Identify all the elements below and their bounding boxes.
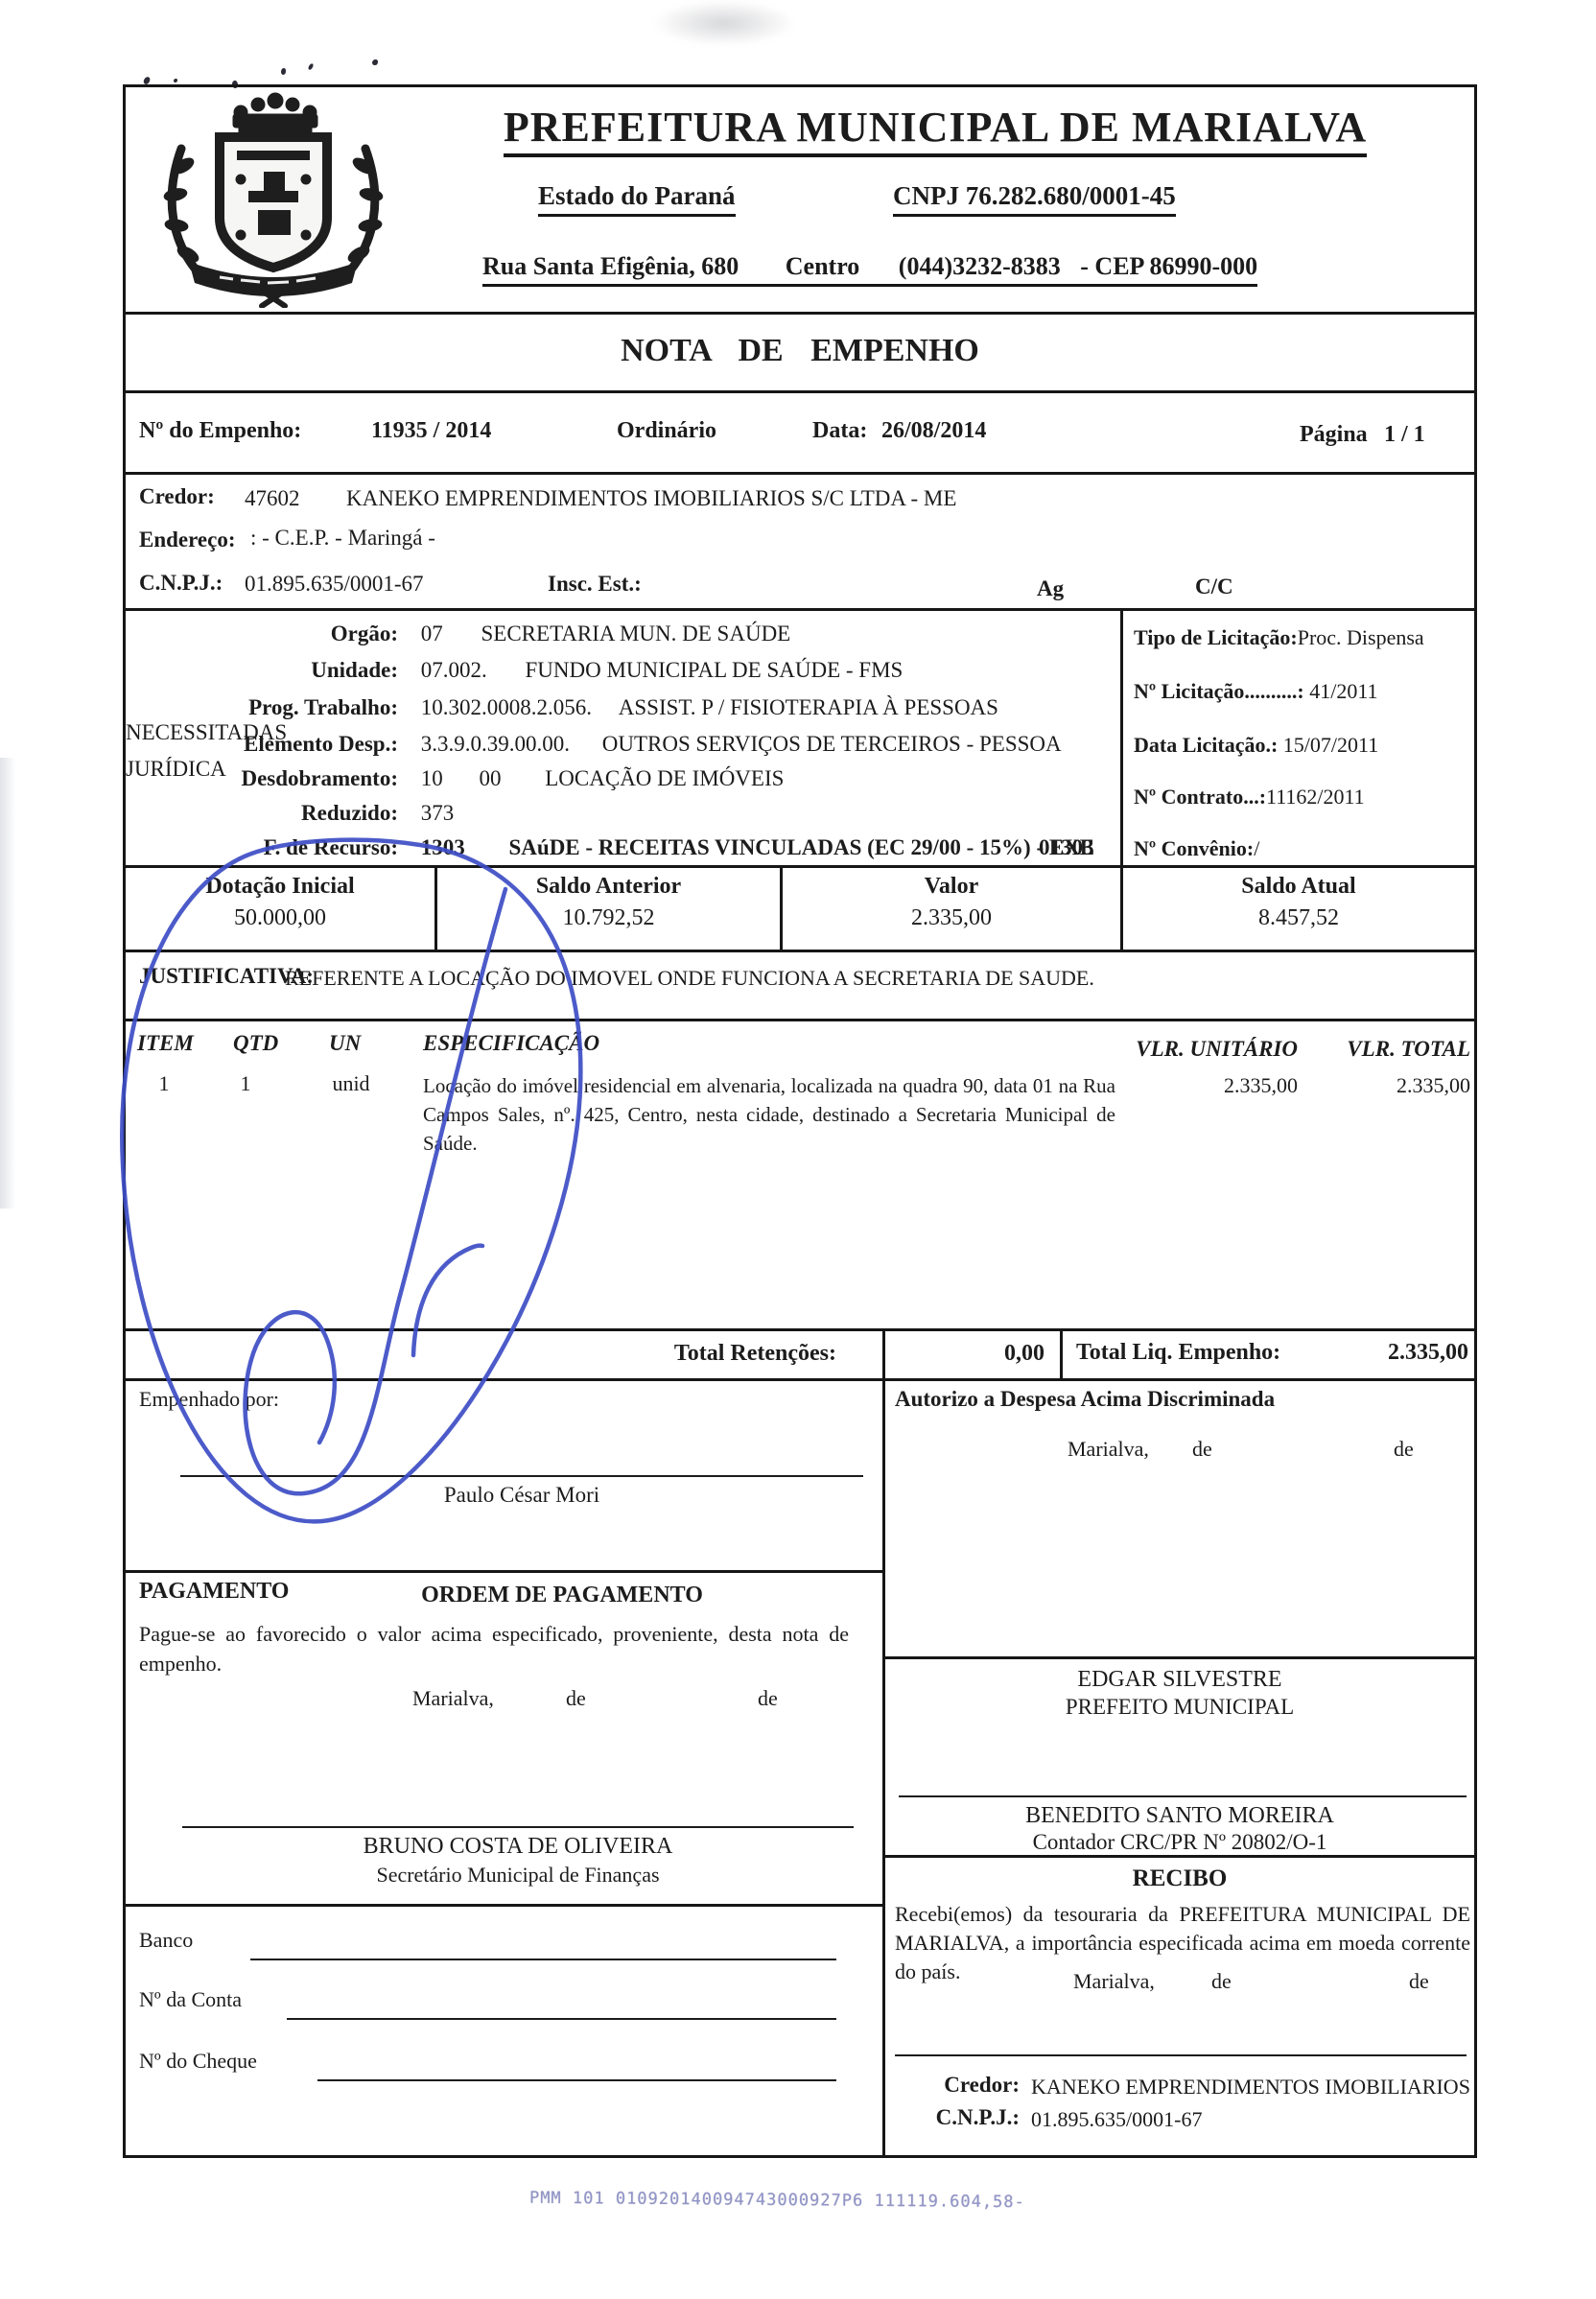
agreement-number-label: Nº Convênio: bbox=[1134, 836, 1254, 860]
row-label: Prog. Trabalho: bbox=[126, 695, 398, 720]
doc-title: NOTA DE EMPENHO bbox=[126, 315, 1474, 387]
bidding-type-row: Tipo de Licitação:Proc. Dispensa bbox=[1134, 625, 1424, 650]
creditor-block: Credor: 47602 KANEKO EMPRENDIMENTOS IMOB… bbox=[123, 472, 1477, 611]
ink-speck bbox=[174, 79, 177, 82]
payment-box: PAGAMENTO ORDEM DE PAGAMENTO Pague-se ao… bbox=[126, 1570, 882, 1904]
row-label: F. de Recurso: bbox=[126, 835, 398, 860]
bank-box: Banco Nº da Conta Nº do Cheque bbox=[126, 1904, 882, 2155]
empenho-number-label: Nº do Empenho: bbox=[139, 418, 301, 444]
scan-edge-shadow bbox=[0, 758, 15, 1208]
letterhead-box: PREFEITURA MUNICIPAL DE MARIALVA Estado … bbox=[123, 84, 1477, 315]
allocation-header: Saldo Anterior bbox=[437, 874, 780, 900]
row-code: 1303 bbox=[421, 835, 465, 859]
crown-icon bbox=[233, 93, 317, 135]
allocation-header: Saldo Atual bbox=[1123, 874, 1474, 900]
allocation-cell: Saldo Atual 8.457,52 bbox=[1123, 874, 1474, 931]
creditor-cnpj: 01.895.635/0001-67 bbox=[245, 572, 424, 597]
col-header-un: UN bbox=[329, 1031, 361, 1056]
divider bbox=[1120, 611, 1123, 865]
col-header-qtd: QTD bbox=[233, 1031, 278, 1056]
row-desc: FUNDO MUNICIPAL DE SAÚDE - FMS bbox=[526, 658, 904, 682]
accountant-role: Contador CRC/PR Nº 20802/O-1 bbox=[885, 1830, 1474, 1855]
coat-of-arms-logo bbox=[145, 91, 402, 308]
bank-label: Banco bbox=[139, 1928, 193, 1953]
scanned-nota-de-empenho: PREFEITURA MUNICIPAL DE MARIALVA Estado … bbox=[0, 0, 1596, 2299]
payment-title: PAGAMENTO bbox=[139, 1579, 289, 1605]
account-blank-line bbox=[287, 2018, 836, 2020]
receipt-text: Recebi(emos) da tesouraria da PREFEITURA… bbox=[895, 1900, 1470, 1986]
payment-city: Marialva, bbox=[412, 1686, 494, 1711]
authorization-box: Autorizo a Despesa Acima Discriminada Ma… bbox=[885, 1381, 1474, 1656]
empenho-type: Ordinário bbox=[617, 418, 716, 444]
empenho-number-row: Nº do Empenho: 11935 / 2014 Ordinário Da… bbox=[123, 390, 1477, 475]
col-header-unitario: VLR. UNITÁRIO bbox=[1106, 1037, 1298, 1062]
row-extra-code: 01303 bbox=[1039, 835, 1094, 860]
lower-section: Total Retenções: 0,00 Total Liq. Empenho… bbox=[123, 1328, 1477, 2158]
committed-by-name: Paulo César Mori bbox=[180, 1483, 863, 1508]
net-total-value: 2.335,00 bbox=[1315, 1340, 1468, 1366]
allocation-cell: Dotação Inicial 50.000,00 bbox=[126, 874, 434, 931]
contract-number-label: Nº Contrato...: bbox=[1134, 785, 1266, 809]
state-registration-label: Insc. Est.: bbox=[548, 572, 642, 597]
col-header-total: VLR. TOTAL bbox=[1317, 1037, 1470, 1062]
justification-text: REFERENTE A LOCAÇÃO DO IMOVEL ONDE FUNCI… bbox=[285, 966, 1094, 991]
retentions-value: 0,00 bbox=[885, 1331, 1063, 1378]
budget-row-recurso: F. de Recurso: 1303 SAúDE - RECEITAS VIN… bbox=[126, 835, 1114, 860]
signature-line bbox=[180, 1475, 863, 1477]
creditor-name: KANEKO EMPRENDIMENTOS IMOBILIARIOS S/C L… bbox=[346, 486, 956, 511]
finance-secretary-role: Secretário Municipal de Finanças bbox=[182, 1863, 854, 1888]
agency-label: Ag bbox=[1037, 576, 1064, 601]
accountant-name: BENEDITO SANTO MOREIRA bbox=[885, 1803, 1474, 1829]
contract-number-row: Nº Contrato...:11162/2011 bbox=[1134, 785, 1365, 809]
cnpj-header: CNPJ 76.282.680/0001-45 bbox=[893, 181, 1176, 217]
ink-speck bbox=[281, 68, 286, 75]
bidding-number-label: Nº Licitação..........: bbox=[1134, 679, 1304, 703]
committed-by-box: Empenhado por: Paulo César Mori bbox=[126, 1381, 882, 1570]
item-unit-price: 2.335,00 bbox=[1135, 1073, 1298, 1098]
justification-row: JUSTIFICATIVA: REFERENTE A LOCAÇÃO DO IM… bbox=[123, 950, 1477, 1021]
signature-line bbox=[899, 1795, 1467, 1797]
authorization-title: Autorizo a Despesa Acima Discriminada bbox=[895, 1387, 1275, 1412]
district: Centro bbox=[786, 252, 860, 280]
empenho-date-label: Data: bbox=[812, 418, 867, 444]
ink-speck bbox=[308, 62, 315, 70]
receipt-box: RECIBO Recebi(emos) da tesouraria da PRE… bbox=[885, 1855, 1474, 2155]
mayor-role: PREFEITO MUNICIPAL bbox=[885, 1695, 1474, 1720]
item-total-price: 2.335,00 bbox=[1326, 1073, 1470, 1098]
row-code2: 00 bbox=[480, 766, 502, 790]
bidding-number: 41/2011 bbox=[1309, 679, 1377, 703]
authorization-de2: de bbox=[1394, 1437, 1414, 1462]
row-code: 07 bbox=[421, 622, 443, 645]
receipt-cnpj: 01.895.635/0001-67 bbox=[1031, 2107, 1202, 2132]
creditor-cnpj-label: C.N.P.J.: bbox=[139, 571, 223, 596]
allocation-value: 50.000,00 bbox=[126, 905, 434, 931]
street: Rua Santa Efigênia, 680 bbox=[482, 252, 739, 280]
receipt-de1: de bbox=[1211, 1969, 1232, 1994]
cheque-number-label: Nº do Cheque bbox=[139, 2049, 257, 2074]
col-header-item: ITEM bbox=[137, 1031, 194, 1056]
empenho-number: 11935 / 2014 bbox=[371, 418, 491, 444]
allocation-value: 10.792,52 bbox=[437, 905, 780, 931]
contract-number: 11162/2011 bbox=[1266, 785, 1365, 809]
allocation-value: 2.335,00 bbox=[783, 905, 1120, 931]
bank-blank-line bbox=[250, 1959, 836, 1960]
address-line: Rua Santa Efigênia, 680 Centro (044)3232… bbox=[482, 252, 1257, 287]
municipality-title: PREFEITURA MUNICIPAL DE MARIALVA bbox=[504, 104, 1367, 157]
row-code: 3.3.9.0.39.00.00. bbox=[421, 732, 570, 756]
bidding-type: Proc. Dispensa bbox=[1298, 625, 1424, 649]
signatures-box: EDGAR SILVESTRE PREFEITO MUNICIPAL BENED… bbox=[885, 1656, 1474, 1858]
receipt-de2: de bbox=[1409, 1969, 1429, 1994]
signature-line bbox=[182, 1826, 854, 1828]
agreement-number: / bbox=[1254, 836, 1259, 860]
col-header-espec: ESPECIFICAÇÃO bbox=[423, 1031, 599, 1056]
creditor-address: : - C.E.P. - Maringá - bbox=[250, 526, 435, 551]
bidding-date-row: Data Licitação.: 15/07/2011 bbox=[1134, 733, 1378, 758]
receipt-city: Marialva, bbox=[1073, 1969, 1155, 1994]
agreement-number-row: Nº Convênio:/ bbox=[1134, 836, 1259, 861]
ink-speck bbox=[372, 59, 378, 65]
retentions-label: Total Retenções: bbox=[126, 1331, 885, 1378]
receipt-creditor-name: KANEKO EMPRENDIMENTOS IMOBILIARIOS S/C I bbox=[1031, 2075, 1472, 2100]
item-unit: unid bbox=[317, 1071, 385, 1096]
receipt-title: RECIBO bbox=[885, 1865, 1474, 1892]
item-qty: 1 bbox=[217, 1071, 274, 1096]
budget-block: Orgão: 07 SECRETARIA MUN. DE SAÚDE Unida… bbox=[123, 608, 1477, 868]
budget-row-desdobramento: Desdobramento: 10 00 LOCAÇÃO DE IMÓVEIS bbox=[126, 766, 1114, 791]
allocation-header: Valor bbox=[783, 874, 1120, 900]
allocation-value: 8.457,52 bbox=[1123, 905, 1474, 931]
row-label: Unidade: bbox=[126, 658, 398, 683]
creditor-code: 47602 bbox=[245, 486, 300, 511]
right-column: Autorizo a Despesa Acima Discriminada Ma… bbox=[885, 1381, 1474, 2155]
bidding-date-label: Data Licitação.: bbox=[1134, 733, 1278, 757]
row-code: 10.302.0008.2.056. bbox=[421, 695, 592, 719]
dot-matrix-footer-code: PMM 101 010920140094743000927P6 111119.6… bbox=[529, 2189, 1025, 2213]
finance-secretary-name: BRUNO COSTA DE OLIVEIRA bbox=[182, 1834, 854, 1860]
bidding-date: 15/07/2011 bbox=[1283, 733, 1378, 757]
bidding-number-row: Nº Licitação..........: 41/2011 bbox=[1134, 679, 1378, 704]
page-label: Página bbox=[1300, 422, 1368, 448]
allocation-header: Dotação Inicial bbox=[126, 874, 434, 900]
empenho-date: 26/08/2014 bbox=[881, 418, 986, 444]
cheque-blank-line bbox=[317, 2079, 836, 2081]
payment-de1: de bbox=[566, 1686, 586, 1711]
row-code: 07.002. bbox=[421, 658, 487, 682]
authorization-de1: de bbox=[1192, 1437, 1212, 1462]
creditor-address-label: Endereço: bbox=[139, 528, 236, 552]
item-number: 1 bbox=[126, 1071, 202, 1096]
authorization-city: Marialva, bbox=[1068, 1437, 1149, 1462]
state-label: Estado do Paraná bbox=[538, 181, 736, 217]
row-code: 10 bbox=[421, 766, 443, 790]
bidding-type-label: Tipo de Licitação: bbox=[1134, 625, 1298, 649]
net-total-label: Total Liq. Empenho: bbox=[1076, 1340, 1280, 1366]
budget-row-orgao: Orgão: 07 SECRETARIA MUN. DE SAÚDE bbox=[126, 622, 1114, 646]
payment-text: Pague-se ao favorecido o valor acima esp… bbox=[139, 1619, 849, 1678]
row-label: Orgão: bbox=[126, 622, 398, 646]
allocation-table: Dotação Inicial 50.000,00 Saldo Anterior… bbox=[123, 865, 1477, 952]
account-number-label: Nº da Conta bbox=[139, 1987, 242, 2012]
payment-de2: de bbox=[758, 1686, 778, 1711]
scan-smudge bbox=[652, 0, 796, 46]
row-desc: SAúDE - RECEITAS VINCULADAS (EC 29/00 - … bbox=[509, 835, 1095, 859]
row-label: Elemento Desp.: bbox=[126, 732, 398, 757]
budget-row-unidade: Unidade: 07.002. FUNDO MUNICIPAL DE SAÚD… bbox=[126, 658, 1114, 683]
item-description: Locação do imóvel residencial em alvenar… bbox=[423, 1071, 1115, 1158]
items-table: ITEM QTD UN ESPECIFICAÇÃO VLR. UNITÁRIO … bbox=[123, 1019, 1477, 1331]
row-code: 373 bbox=[421, 801, 455, 825]
page-number: 1 / 1 bbox=[1384, 422, 1425, 448]
creditor-label: Credor: bbox=[139, 484, 215, 509]
payment-order-title: ORDEM DE PAGAMENTO bbox=[346, 1583, 778, 1608]
cep: - CEP 86990-000 bbox=[1080, 252, 1257, 280]
allocation-cell: Valor 2.335,00 bbox=[783, 874, 1120, 931]
budget-row-reduzido: Reduzido: 373 bbox=[126, 801, 1114, 826]
row-label: Reduzido: bbox=[126, 801, 398, 826]
doc-title-band: NOTA DE EMPENHO bbox=[123, 312, 1477, 393]
receipt-cnpj-label: C.N.P.J.: bbox=[885, 2105, 1020, 2130]
row-desc: SECRETARIA MUN. DE SAÚDE bbox=[481, 622, 791, 645]
allocation-cell: Saldo Anterior 10.792,52 bbox=[437, 874, 780, 931]
committed-by-label: Empenhado por: bbox=[139, 1387, 279, 1412]
row-label: Desdobramento: bbox=[126, 766, 398, 791]
receipt-creditor-label: Credor: bbox=[885, 2073, 1020, 2098]
row-desc: LOCAÇÃO DE IMÓVEIS bbox=[545, 766, 784, 790]
mayor-name: EDGAR SILVESTRE bbox=[885, 1667, 1474, 1693]
left-column: Empenhado por: Paulo César Mori PAGAMENT… bbox=[126, 1381, 885, 2155]
totals-row: Total Retenções: 0,00 Total Liq. Empenho… bbox=[126, 1331, 1474, 1381]
phone: (044)3232-8383 bbox=[899, 252, 1061, 280]
signature-line bbox=[895, 2054, 1467, 2056]
account-label: C/C bbox=[1195, 575, 1233, 599]
